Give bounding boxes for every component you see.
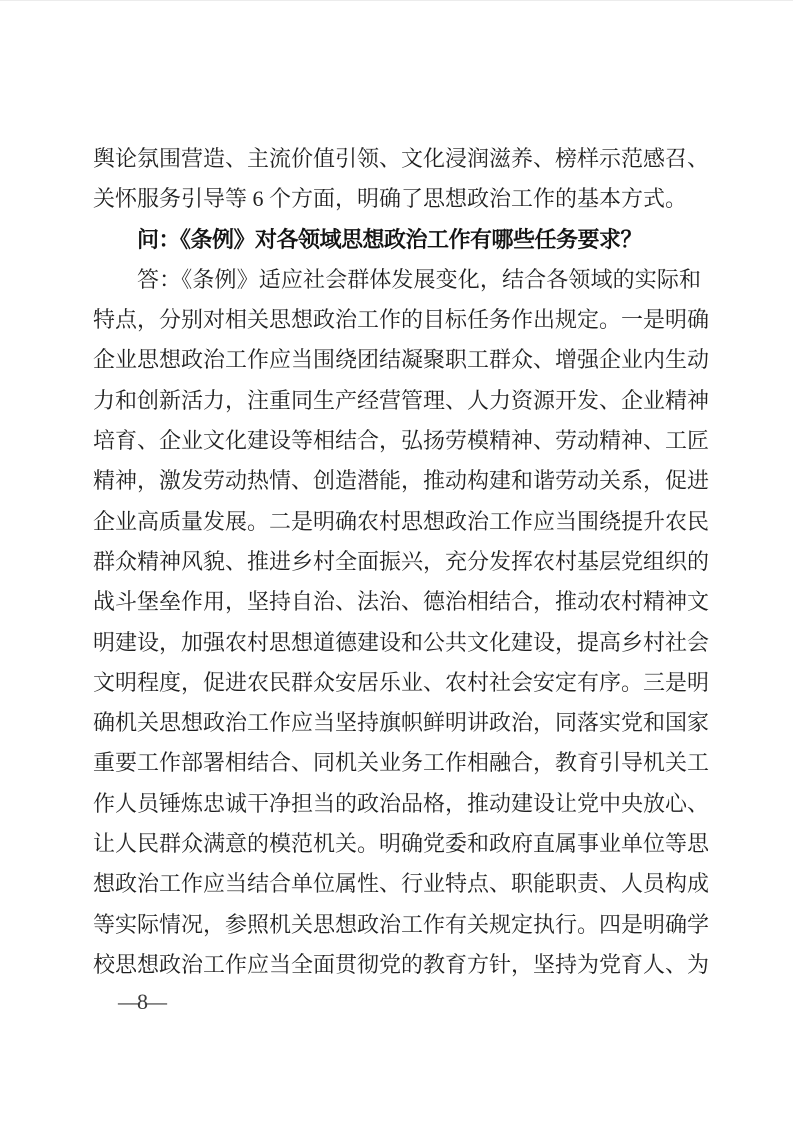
text-line: 确机关思想政治工作应当坚持旗帜鲜明讲政治，同落实党和国家: [93, 703, 701, 743]
text-line: 精神，激发劳动热情、创造潜能，推动构建和谐劳动关系，促进: [93, 461, 701, 501]
page-top-edge-line: [0, 0, 793, 1]
text-line: 答：《条例》适应社会群体发展变化，结合各领域的实际和: [93, 260, 701, 300]
text-line: 明建设，加强农村思想道德建设和公共文化建设，提高乡村社会: [93, 623, 701, 663]
text-line: 等实际情况，参照机关思想政治工作有关规定执行。四是明确学: [93, 905, 701, 945]
text-line: 培育、企业文化建设等相结合，弘扬劳模精神、劳动精神、工匠: [93, 421, 701, 461]
text-line: 作人员锤炼忠诚干净担当的政治品格，推动建设让党中央放心、: [93, 784, 701, 824]
text-line: 群众精神风貌、推进乡村全面振兴，充分发挥农村基层党组织的: [93, 542, 701, 582]
text-line: 战斗堡垒作用，坚持自治、法治、德治相结合，推动农村精神文: [93, 582, 701, 622]
text-line: 文明程度，促进农民群众安居乐业、农村社会安定有序。三是明: [93, 663, 701, 703]
page-number: —8—: [118, 988, 164, 1016]
document-body: 舆论氛围营造、主流价值引领、文化浸润滋养、榜样示范感召、 关怀服务引导等 6 个…: [93, 139, 701, 985]
text-line: 企业高质量发展。二是明确农村思想政治工作应当围绕提升农民: [93, 502, 701, 542]
text-line: 力和创新活力，注重同生产经营管理、人力资源开发、企业精神: [93, 381, 701, 421]
text-line: 想政治工作应当结合单位属性、行业特点、职能职责、人员构成: [93, 864, 701, 904]
text-line: 校思想政治工作应当全面贯彻党的教育方针，坚持为党育人、为: [93, 945, 701, 985]
text-line: 舆论氛围营造、主流价值引领、文化浸润滋养、榜样示范感召、: [93, 139, 701, 179]
text-line: 企业思想政治工作应当围绕团结凝聚职工群众、增强企业内生动: [93, 340, 701, 380]
question-heading: 问：《条例》对各领域思想政治工作有哪些任务要求？: [93, 220, 701, 260]
document-page: 舆论氛围营造、主流价值引领、文化浸润滋养、榜样示范感召、 关怀服务引导等 6 个…: [0, 0, 793, 1122]
text-line: 让人民群众满意的模范机关。明确党委和政府直属事业单位等思: [93, 824, 701, 864]
text-line: 重要工作部署相结合、同机关业务工作相融合，教育引导机关工: [93, 743, 701, 783]
text-line: 特点，分别对相关思想政治工作的目标任务作出规定。一是明确: [93, 300, 701, 340]
text-line: 关怀服务引导等 6 个方面，明确了思想政治工作的基本方式。: [93, 179, 701, 219]
